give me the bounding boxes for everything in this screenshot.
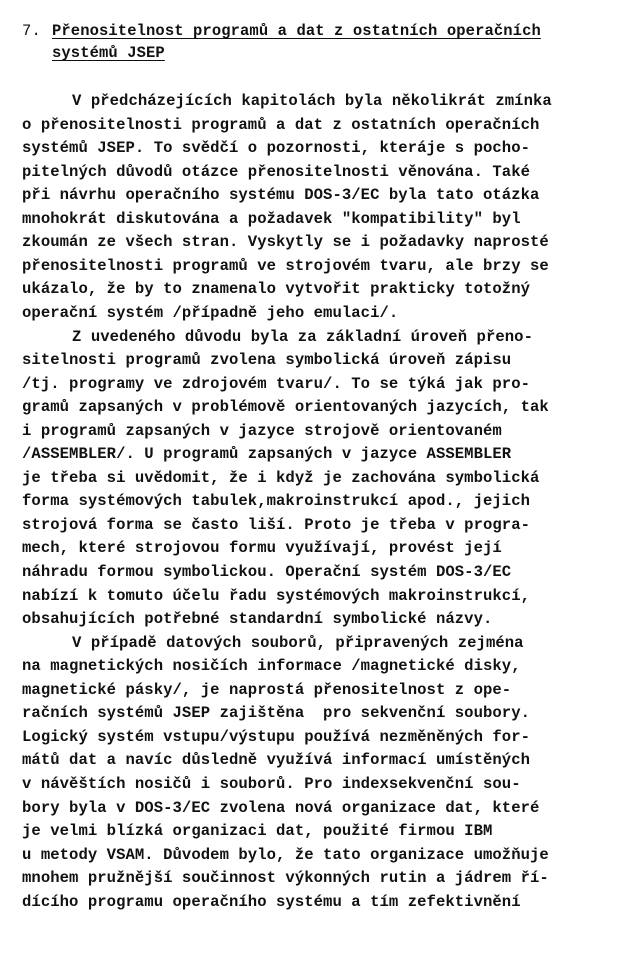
text-line: račních systémů JSEP zajištěna pro sekve… bbox=[22, 702, 530, 725]
text-line: operační systém /případně jeho emulaci/. bbox=[22, 302, 398, 325]
text-line: mech, které strojovou formu využívají, p… bbox=[22, 537, 502, 560]
text-line: u metody VSAM. Důvodem bylo, že tato org… bbox=[22, 844, 549, 867]
section-title-line-2: systémů JSEP bbox=[52, 44, 165, 62]
text-line: V případě datových souborů, připravených… bbox=[72, 632, 524, 655]
text-line: ukázalo, že by to znamenalo vytvořit pra… bbox=[22, 278, 530, 301]
text-line: /tj. programy ve zdrojovém tvaru/. To se… bbox=[22, 373, 530, 396]
text-line: mnohokrát diskutována a požadavek "kompa… bbox=[22, 208, 521, 231]
text-line: strojová forma se často liší. Proto je t… bbox=[22, 514, 530, 537]
text-line: Logický systém vstupu/výstupu používá ne… bbox=[22, 726, 530, 749]
text-line: při návrhu operačního systému DOS-3/EC b… bbox=[22, 184, 539, 207]
text-line: o přenositelnosti programů a dat z ostat… bbox=[22, 114, 539, 137]
section-number: 7. bbox=[22, 22, 41, 40]
text-line: Z uvedeného důvodu byla za základní úrov… bbox=[72, 326, 533, 349]
text-line: pitelných důvodů otázce přenositelnosti … bbox=[22, 161, 530, 184]
text-line: mnohem pružnější součinnost výkonných ru… bbox=[22, 867, 549, 890]
text-line: přenositelnosti programů ve strojovém tv… bbox=[22, 255, 549, 278]
text-line: forma systémových tabulek,makroinstrukcí… bbox=[22, 490, 530, 513]
document-page: 7. Přenositelnost programů a dat z ostat… bbox=[0, 0, 622, 963]
text-line: sitelnosti programů zvolena symbolická ú… bbox=[22, 349, 511, 372]
section-title-line-1: Přenositelnost programů a dat z ostatníc… bbox=[52, 22, 541, 40]
text-line: na magnetických nosičích informace /magn… bbox=[22, 655, 521, 678]
text-line: obsahujících potřebné standardní symboli… bbox=[22, 608, 492, 631]
text-line: /ASSEMBLER/. U programů zapsaných v jazy… bbox=[22, 443, 511, 466]
text-line: bory byla v DOS-3/EC zvolena nová organi… bbox=[22, 797, 539, 820]
text-line: náhradu formou symbolickou. Operační sys… bbox=[22, 561, 511, 584]
text-line: v návěštích nosičů i souborů. Pro indexs… bbox=[22, 773, 521, 796]
text-line: nabízí k tomuto účelu řadu systémových m… bbox=[22, 585, 530, 608]
text-line: mátů dat a navíc důsledně využívá inform… bbox=[22, 749, 530, 772]
text-line: i programů zapsaných v jazyce strojově o… bbox=[22, 420, 502, 443]
text-line: zkoumán ze všech stran. Vyskytly se i po… bbox=[22, 231, 549, 254]
text-line: magnetické pásky/, je naprostá přenosite… bbox=[22, 679, 511, 702]
text-line: V předcházejících kapitolách byla několi… bbox=[72, 90, 552, 113]
text-line: gramů zapsaných v problémově orientovaný… bbox=[22, 396, 549, 419]
text-line: je třeba si uvědomit, že i když je zacho… bbox=[22, 467, 539, 490]
text-line: dícího programu operačního systému a tím… bbox=[22, 891, 521, 914]
text-line: systémů JSEP. To svědčí o pozornosti, kt… bbox=[22, 137, 530, 160]
text-line: je velmi blízká organizaci dat, použité … bbox=[22, 820, 492, 843]
